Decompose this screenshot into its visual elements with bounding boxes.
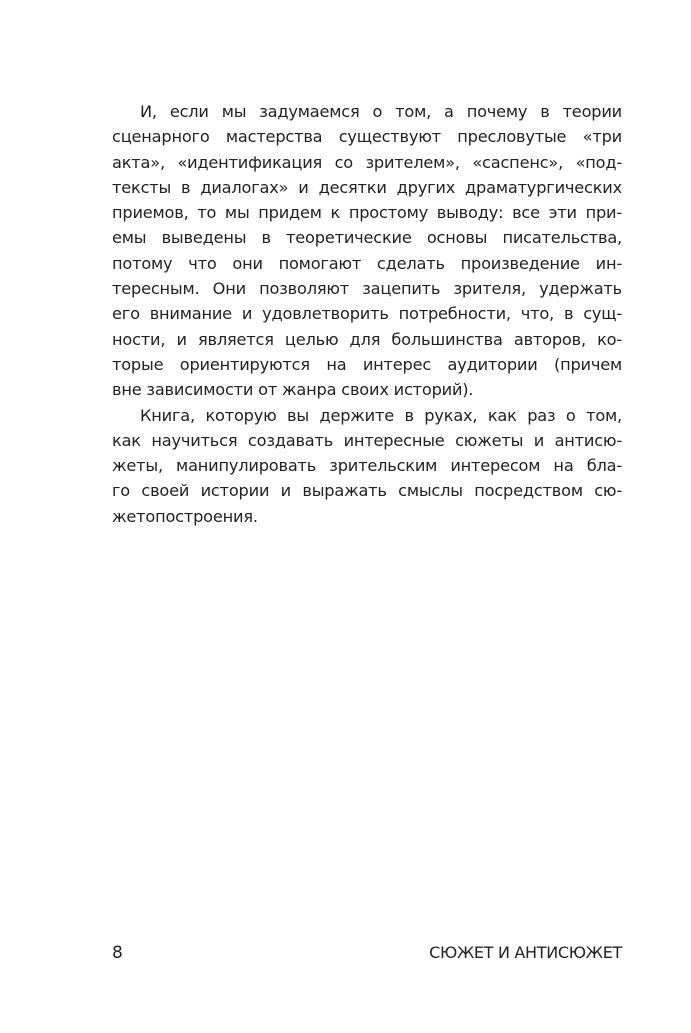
text-line: И, если мы задумаемся о том, а почему в … — [112, 99, 622, 124]
text-line: вне зависимости от жанра своих историй). — [112, 377, 622, 402]
running-title: СЮЖЕТ И АНТИСЮЖЕТ — [429, 943, 622, 962]
paragraph-1: И, если мы задумаемся о том, а почему в … — [112, 99, 622, 403]
text-line: приемов, то мы придем к простому выводу:… — [112, 200, 622, 225]
text-line: торые ориентируются на интерес аудитории… — [112, 352, 622, 377]
body-text: И, если мы задумаемся о том, а почему в … — [112, 99, 622, 529]
text-line: сценарного мастерства существуют преслов… — [112, 124, 622, 149]
text-line: потому что они помогают сделать произвед… — [112, 251, 622, 276]
text-line: тексты в диалогах» и десятки других драм… — [112, 175, 622, 200]
book-page: И, если мы задумаемся о том, а почему в … — [0, 0, 691, 1033]
text-line: жетопостроения. — [112, 504, 622, 529]
paragraph-2: Книга, которую вы держите в руках, как р… — [112, 403, 622, 529]
text-line: ности, и является целью для большинства … — [112, 327, 622, 352]
text-line: как научиться создавать интересные сюжет… — [112, 428, 622, 453]
text-line: го своей истории и выражать смыслы посре… — [112, 478, 622, 503]
text-line: тересным. Они позволяют зацепить зрителя… — [112, 276, 622, 301]
text-line: Книга, которую вы держите в руках, как р… — [112, 403, 622, 428]
text-line: жеты, манипулировать зрительским интерес… — [112, 453, 622, 478]
text-line: его внимание и удовлетворить потребности… — [112, 301, 622, 326]
text-line: акта», «идентификация со зрителем», «сас… — [112, 150, 622, 175]
text-line: емы выведены в теоретические основы писа… — [112, 225, 622, 250]
page-number: 8 — [112, 943, 123, 963]
